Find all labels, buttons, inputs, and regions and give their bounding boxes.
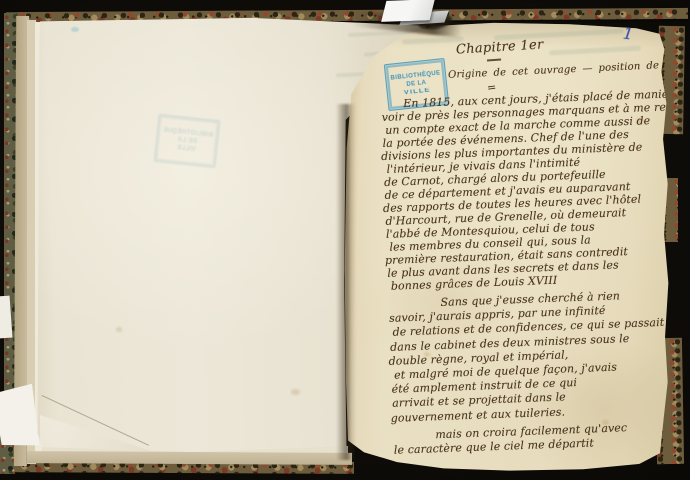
paper-tab (381, 0, 435, 22)
page-number: 1 (622, 25, 634, 42)
paragraph-3: mais on croira facilement qu'avecle cara… (393, 419, 682, 458)
chapter-subtitle: Origine de cet ouvrage — position de l'a… (448, 58, 690, 81)
paragraph-1: En 1815, aux cent jours, j'étais placé d… (381, 87, 676, 292)
chapter-title: Chapitre 1er (456, 38, 544, 57)
stamp-bleed-line: VILLE (176, 144, 196, 153)
foxing-spot (116, 327, 122, 332)
right-page: 1 BIBLIOTHÈQUE DE LA VILLE Chapitre 1er … (344, 22, 676, 472)
scanned-book-photo: BIBLIOTHÈQUE DE LA VILLE 1 BIBLIOTHÈQUE … (0, 0, 690, 480)
separator-mark: = (486, 81, 497, 93)
ink-smudge (71, 27, 79, 32)
stamp-bleedthrough: BIBLIOTHÈQUE DE LA VILLE (154, 114, 221, 168)
foxing-spot (291, 389, 300, 395)
page-edge-stack (27, 451, 352, 465)
title-underline (487, 59, 501, 61)
manuscript-text: En 1815, aux cent jours, j'étais placé d… (381, 87, 682, 458)
paragraph-2: Sans que j'eusse cherché à riensavoir, j… (388, 287, 680, 425)
gutter-shadow (336, 104, 356, 460)
